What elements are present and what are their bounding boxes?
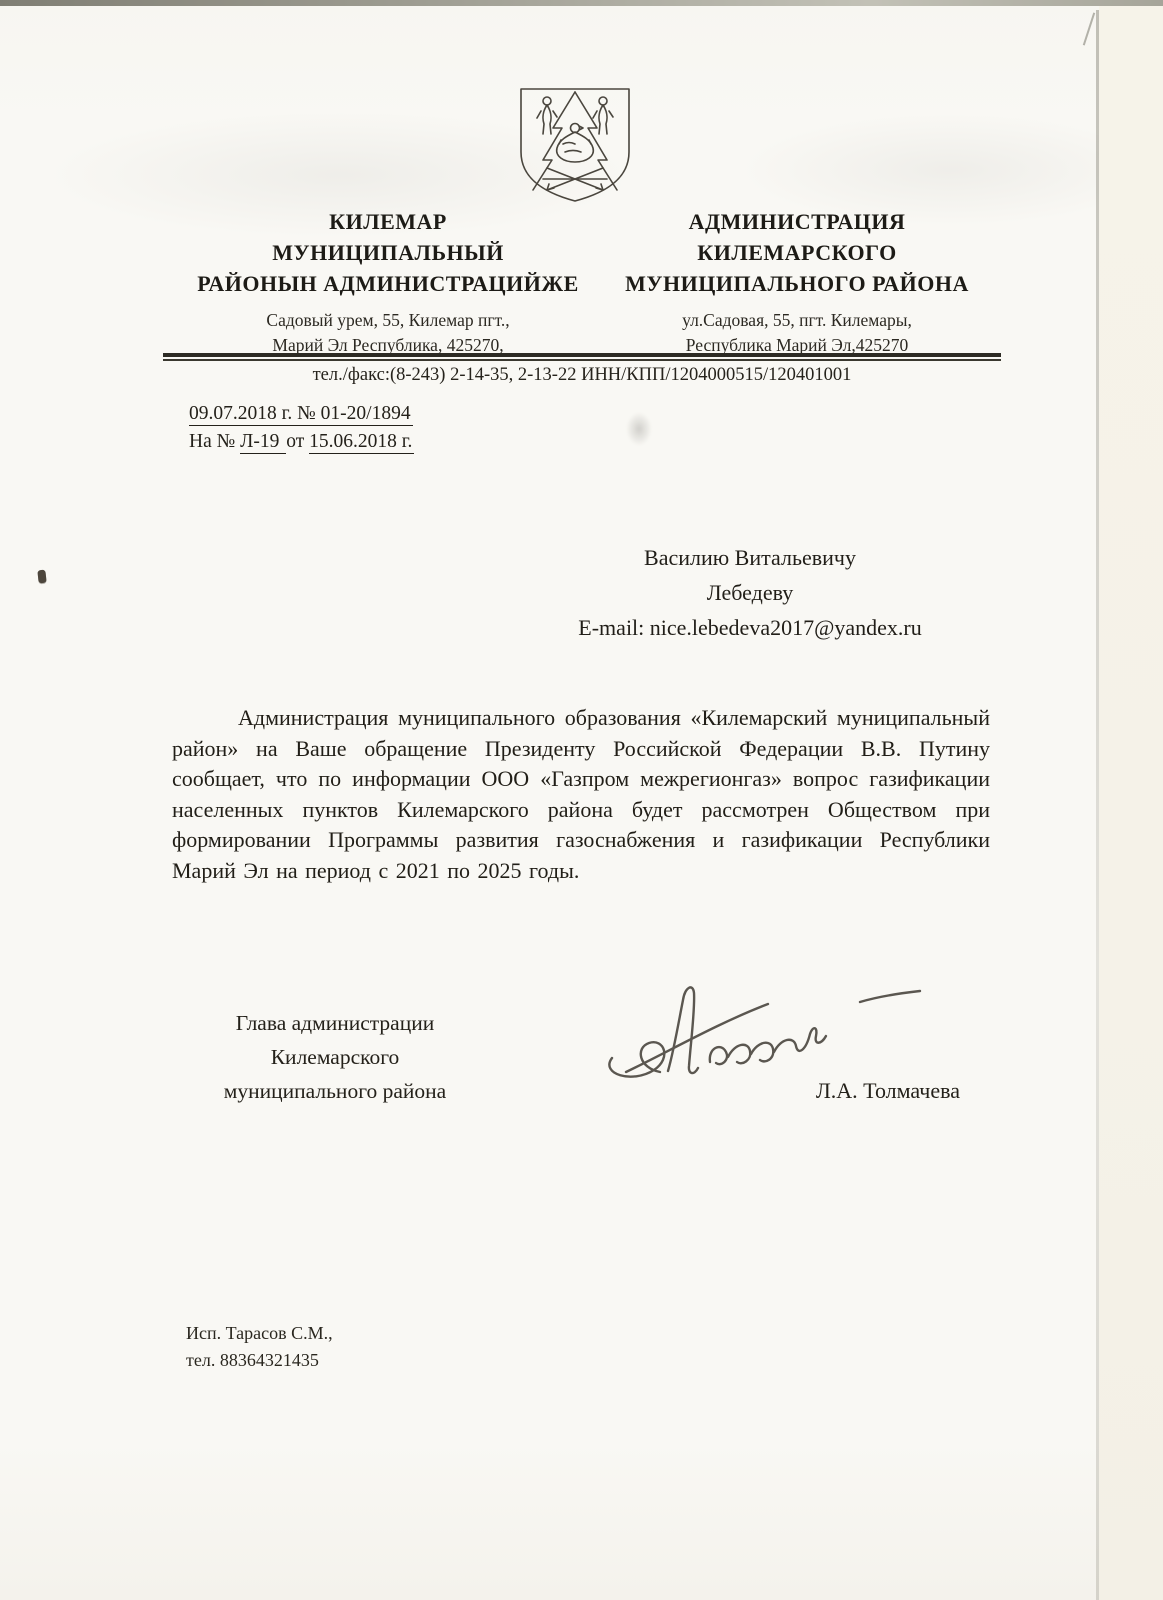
signer-title-line1: Глава администрации [183, 1006, 487, 1040]
sender-org-left: КИЛЕМАР МУНИЦИПАЛЬНЫЙ РАЙОНЫН АДМИНИСТРА… [168, 206, 608, 358]
org-left-name-line2: МУНИЦИПАЛЬНЫЙ [168, 237, 608, 268]
reply-date: 15.06.2018 г. [309, 431, 414, 454]
reply-number: Л-19 [240, 431, 286, 454]
page-edge-line [1096, 10, 1099, 1600]
sender-org-right: АДМИНИСТРАЦИЯ КИЛЕМАРСКОГО МУНИЦИПАЛЬНОГ… [598, 206, 996, 358]
page-right-margin [1099, 6, 1163, 1600]
executor-name: Исп. Тарасов С.М., [186, 1320, 333, 1347]
executor-block: Исп. Тарасов С.М., тел. 88364321435 [186, 1320, 333, 1374]
ink-speck-artifact [37, 570, 46, 584]
coat-of-arms-icon [513, 84, 637, 206]
reply-mid: от [286, 431, 309, 452]
reply-prefix: На № [189, 431, 240, 452]
contact-line: тел./факс:(8-243) 2-14-35, 2-13-22 ИНН/К… [163, 365, 1001, 386]
recipient-email: E-mail: nice.lebedeva2017@yandex.ru [520, 610, 980, 645]
scan-top-edge [0, 0, 1163, 6]
org-right-name-line2: КИЛЕМАРСКОГО [598, 237, 996, 268]
org-right-name-line1: АДМИНИСТРАЦИЯ [598, 206, 996, 237]
outgoing-date-number: 09.07.2018 г. № 01-20/1894 [189, 403, 413, 426]
org-left-name-line3: РАЙОНЫН АДМИНИСТРАЦИЙЖЕ [168, 268, 608, 299]
signer-title: Глава администрации Килемарского муницип… [183, 1006, 487, 1108]
letter-body-paragraph: Администрация муниципального образования… [172, 703, 990, 887]
recipient-name-line1: Василию Витальевичу [520, 540, 980, 575]
org-right-address-line1: ул.Садовая, 55, пгт. Килемары, [598, 308, 996, 333]
signature-icon [598, 972, 950, 1090]
outgoing-ref-line: 09.07.2018 г. № 01-20/1894 [189, 400, 414, 428]
org-left-address: Садовый урем, 55, Килемар пгт., Марий Эл… [168, 308, 608, 358]
org-left-address-line1: Садовый урем, 55, Килемар пгт., [168, 308, 608, 333]
incoming-ref-line: На № Л-19 от 15.06.2018 г. [189, 428, 414, 456]
org-right-name: АДМИНИСТРАЦИЯ КИЛЕМАРСКОГО МУНИЦИПАЛЬНОГ… [598, 206, 996, 299]
recipient-block: Василию Витальевичу Лебедеву E-mail: nic… [520, 540, 980, 645]
signer-name: Л.А. Толмачева [700, 1078, 960, 1104]
signer-title-line2: Килемарского [183, 1040, 487, 1074]
reference-block: 09.07.2018 г. № 01-20/1894 На № Л-19 от … [189, 400, 414, 456]
recipient-name-line2: Лебедеву [520, 575, 980, 610]
org-right-address: ул.Садовая, 55, пгт. Килемары, Республик… [598, 308, 996, 358]
org-left-name-line1: КИЛЕМАР [168, 206, 608, 237]
header-divider-double-rule [163, 353, 1001, 361]
signer-title-line3: муниципального района [183, 1074, 487, 1108]
smudge-artifact [626, 412, 652, 446]
executor-phone: тел. 88364321435 [186, 1347, 333, 1374]
org-right-name-line3: МУНИЦИПАЛЬНОГО РАЙОНА [598, 268, 996, 299]
org-left-name: КИЛЕМАР МУНИЦИПАЛЬНЫЙ РАЙОНЫН АДМИНИСТРА… [168, 206, 608, 299]
